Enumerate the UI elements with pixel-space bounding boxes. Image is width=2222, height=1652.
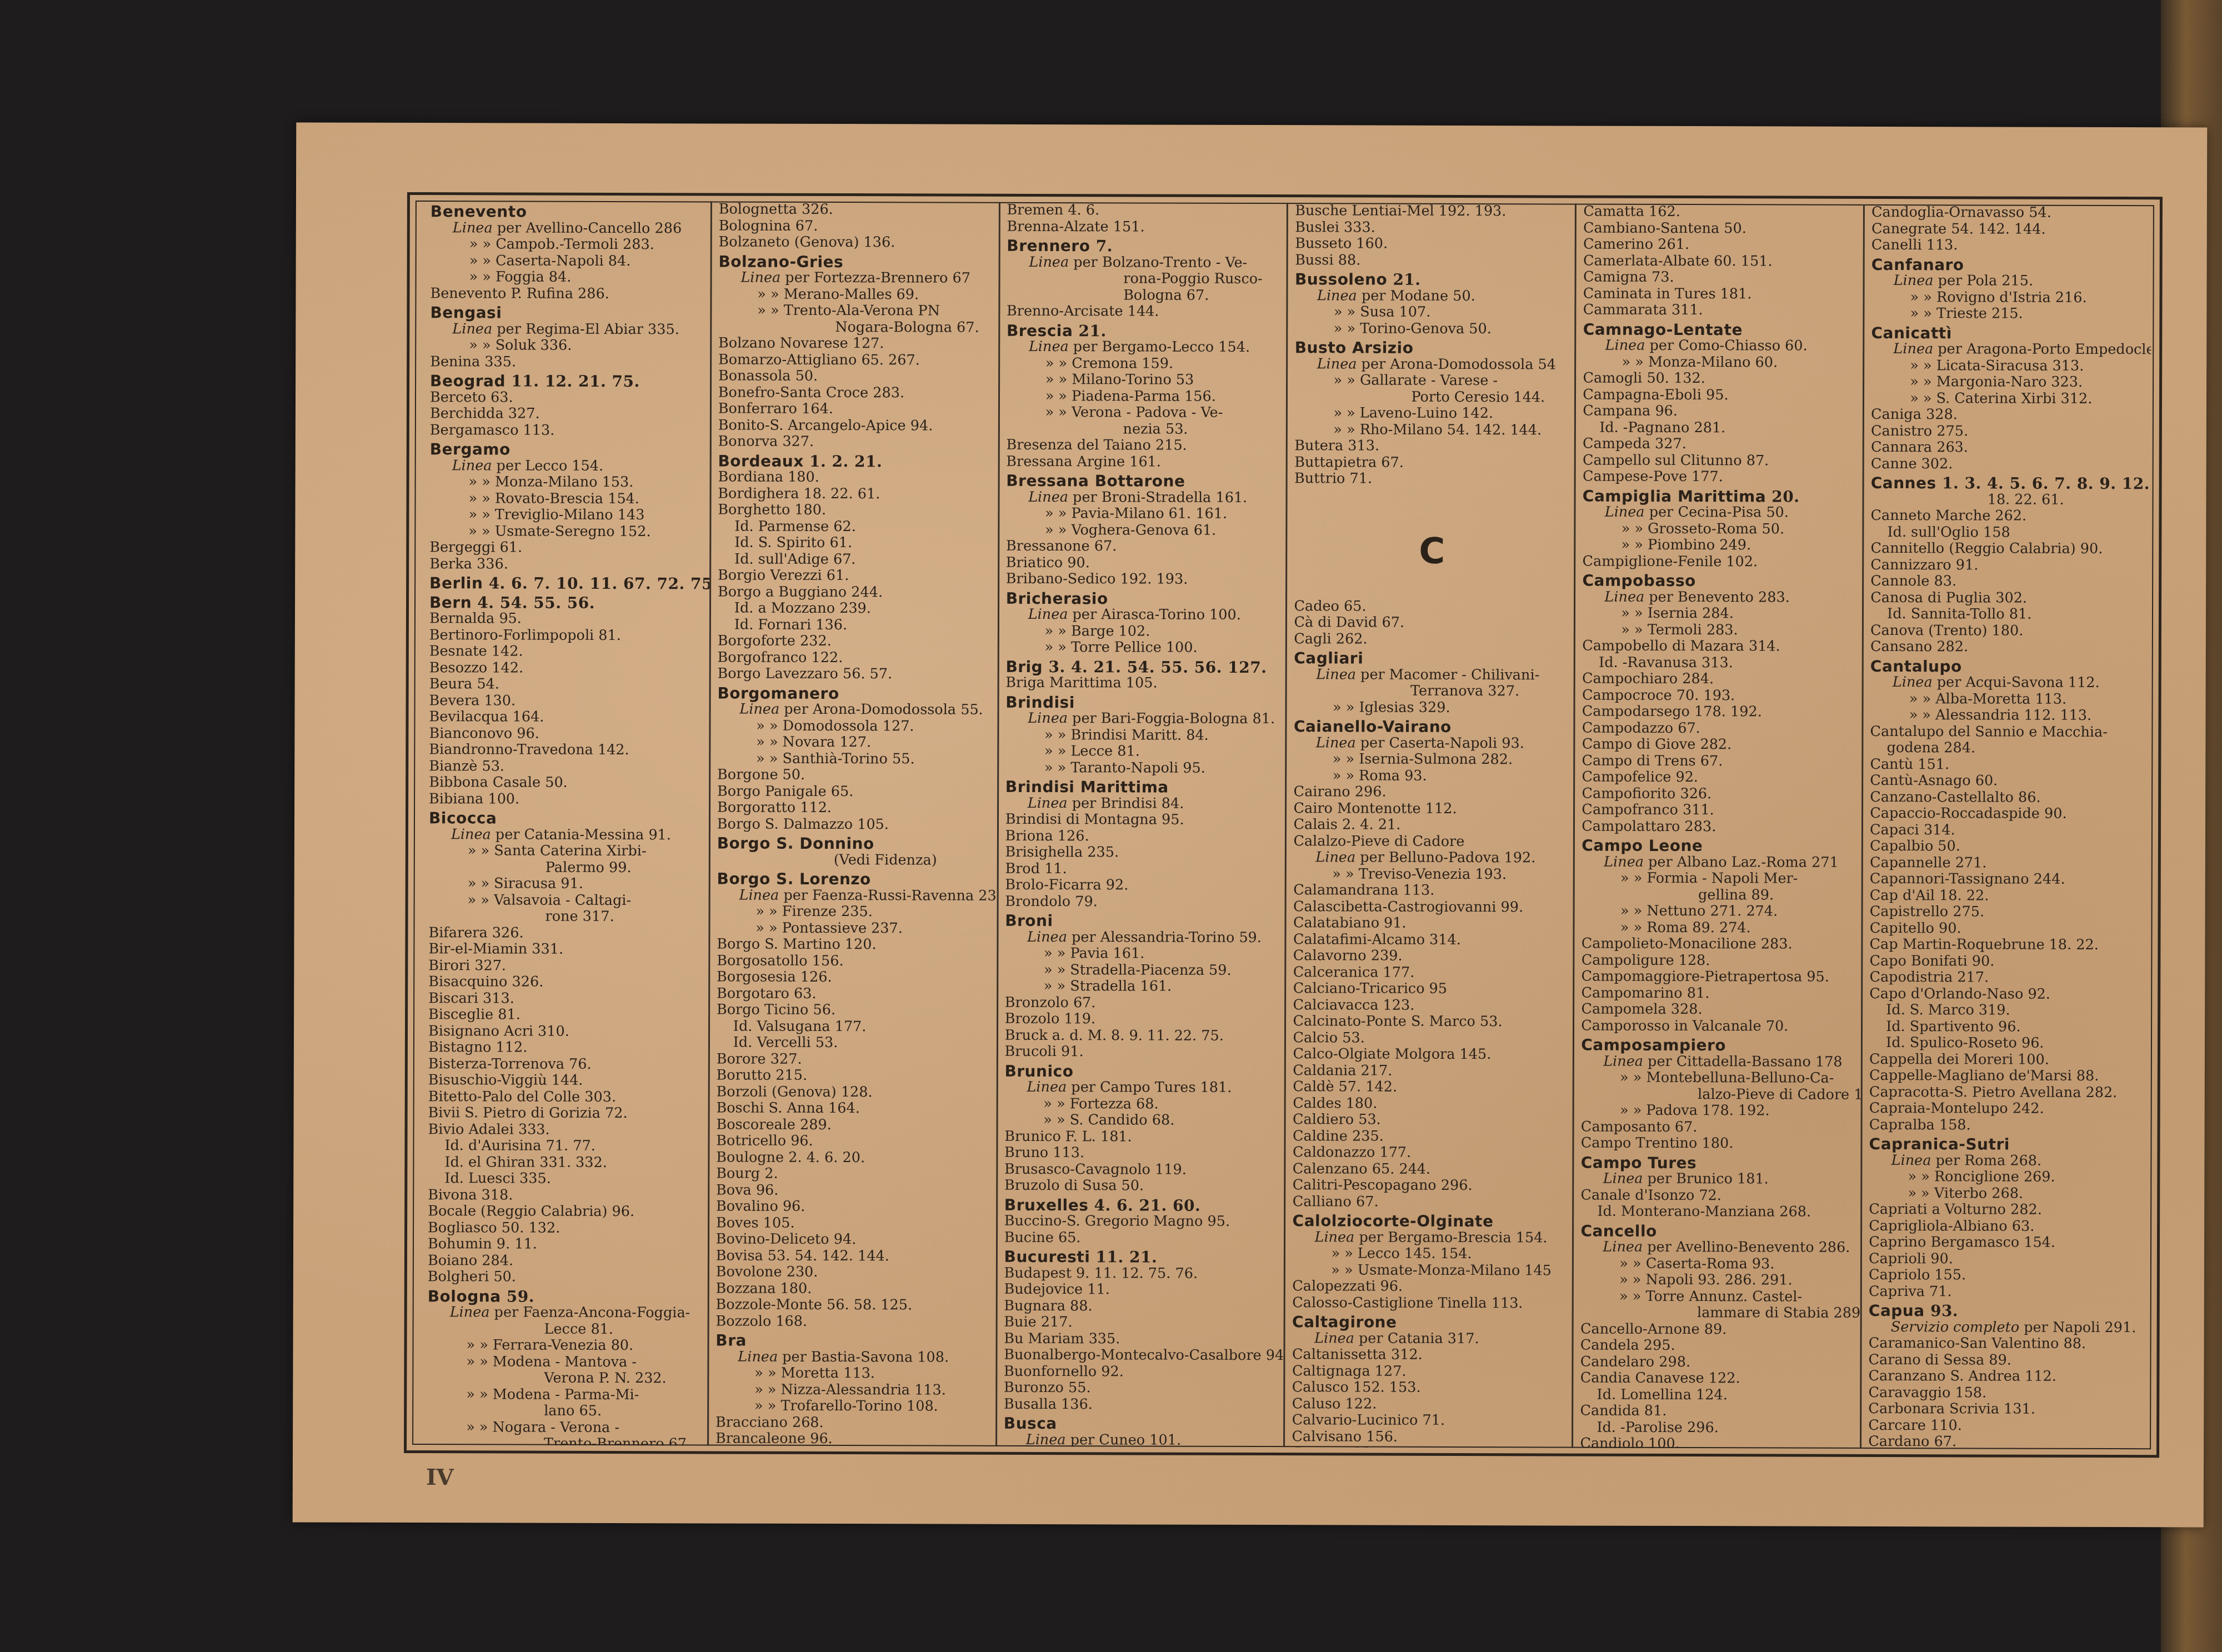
station-entry: Capo Bonifati 90. [1869, 953, 2145, 970]
station-entry: Bisuschio-Viggiù 144. [428, 1072, 704, 1089]
index-column-3: Bremen 4. 6.Brenna-Alzate 151.Brennero 7… [997, 202, 1289, 1447]
station-entry: Brindisi di Montagna 95. [1005, 812, 1281, 829]
idem-entry: Id. Spartivento 96. [1869, 1018, 2145, 1035]
station-name: Canicattì [1871, 323, 1951, 342]
station-entry: Borgo Lavezzaro 56. 57. [717, 665, 993, 683]
ditto-line-entry: » » Milano-Torino 53 [1007, 372, 1282, 389]
station-entry: Campolattaro 283. [1582, 818, 1857, 835]
station-name: Bricherasio [1006, 589, 1108, 607]
station-entry: Calcinato-Ponte S. Marco 53. [1293, 1013, 1569, 1030]
timetable-refs: 20. [1771, 487, 1799, 505]
timetable-refs: 4. 54. 55. 56. [477, 593, 595, 612]
station-entry: Campomaggiore-Pietrapertosa 95. [1582, 969, 1857, 986]
station-entry: Bribano-Sedico 192. 193. [1006, 571, 1282, 588]
station-entry: Bucine 65. [1004, 1229, 1280, 1246]
station-entry: Bocale (Reggio Calabria) 96. [428, 1203, 703, 1220]
letter-section-heading: C [1294, 532, 1570, 571]
timetable-refs: 4. 6. 7. 10. 11. 67. 72. 75. [489, 574, 712, 593]
station-entry: Campofranco 311. [1582, 802, 1857, 819]
linea-label: Linea [1603, 1239, 1643, 1255]
line-entry: Linea per Brunico 181. [1581, 1171, 1856, 1188]
station-entry: Campodarsego 178. 192. [1582, 704, 1858, 721]
station-entry: Capraia-Montelupo 242. [1869, 1100, 2145, 1118]
station-name: Bruxelles [1004, 1195, 1089, 1214]
station-entry: Calciavacca 123. [1293, 997, 1569, 1014]
station-entry: Capaci 314. [1870, 822, 2145, 839]
station-entry: Bergeggi 61. [429, 539, 705, 557]
line-destination: per Arona-Domodossola 55. [784, 701, 983, 718]
ditto-line-entry: » » Soluk 336. [430, 337, 705, 354]
station-heading: Bolzano-Gries [718, 253, 994, 271]
station-entry: Buttapietra 67. [1294, 454, 1570, 472]
station-entry: Boves 105. [716, 1215, 992, 1232]
station-entry: Borgoratto 112. [717, 799, 993, 817]
station-entry: Caluso 122. [1292, 1396, 1568, 1413]
station-entry: Brisighella 235. [1005, 844, 1280, 862]
station-entry: Campo di Trens 67. [1582, 753, 1858, 770]
station-name: Calolziocorte-Olginate [1293, 1212, 1494, 1230]
station-entry: Caminata in Tures 181. [1583, 286, 1859, 303]
station-name: Camposampiero [1581, 1036, 1726, 1055]
continuation-line: 18. 22. 61. [1871, 491, 2146, 508]
station-entry: Bolzaneto (Genova) 136. [719, 234, 994, 251]
station-heading: Cantalupo [1870, 658, 2146, 675]
station-entry: Capralba 158. [1869, 1117, 2145, 1134]
linea-label: Linea [1027, 928, 1067, 945]
station-entry: Buttrio 71. [1294, 470, 1570, 488]
linea-label: Linea [1894, 272, 1934, 289]
line-entry: Linea per Acqui-Savona 112. [1870, 674, 2146, 692]
linea-label: Linea [1314, 1330, 1354, 1346]
station-heading: Camnago-Lentate [1583, 321, 1859, 338]
station-entry: Canistro 275. [1871, 423, 2146, 440]
station-entry: Berchidda 327. [430, 406, 705, 423]
station-entry: Cannole 83. [1870, 573, 2146, 590]
ditto-line-entry: » » Barge 102. [1006, 623, 1282, 640]
station-entry: Calascibetta-Castrogiovanni 99. [1293, 899, 1569, 916]
station-entry: Campiglione-Fenile 102. [1583, 553, 1858, 570]
station-entry: Brod 11. [1005, 860, 1280, 878]
ditto-line-entry: » » Treviglio-Milano 143 [429, 507, 705, 524]
station-name: Camnago-Lentate [1583, 320, 1743, 339]
line-entry: Linea per Cuneo 101. [1004, 1431, 1279, 1447]
station-entry: Bisacquino 326. [428, 974, 704, 991]
station-entry: Canosa di Puglia 302. [1870, 589, 2146, 607]
station-entry: Bressana Argine 161. [1006, 453, 1282, 470]
timetable-refs: 1. 2. 21. [809, 452, 882, 470]
station-heading: Capranica-Sutri [1869, 1136, 2145, 1153]
ditto-line-entry: » » Susa 107. [1295, 304, 1570, 321]
station-entry: Bifarera 326. [428, 925, 704, 942]
station-entry: Canegrate 54. 142. 144. [1871, 221, 2147, 238]
station-entry: Caltanissetta 312. [1292, 1346, 1568, 1364]
line-destination: per Bergamo-Brescia 154. [1359, 1229, 1547, 1246]
ditto-line-entry: » » Torre Annunz. Castel- [1580, 1288, 1856, 1305]
station-entry: Bir-el-Miamin 331. [428, 941, 704, 958]
line-entry: Linea per Cittadella-Bassano 178 [1581, 1053, 1856, 1070]
line-destination: per Lecco 154. [497, 457, 604, 474]
ditto-line-entry: » » Siracusa 91. [429, 875, 704, 893]
station-entry: Campobello di Mazara 314. [1582, 638, 1858, 655]
station-entry: Biandronno-Travedona 142. [429, 742, 704, 759]
linea-label: Linea [1316, 734, 1356, 751]
station-entry: Bonferraro 164. [718, 401, 994, 418]
ditto-line-entry: » » Rovato-Brescia 154. [429, 490, 705, 508]
line-entry: Linea per Lecco 154. [430, 458, 705, 475]
linea-label: Linea [1028, 794, 1068, 811]
service-entry: Servizio completo per Napoli 291. [1869, 1319, 2144, 1336]
station-entry: Campoligure 128. [1582, 952, 1857, 969]
line-entry: Linea per Roma 268. [1869, 1152, 2145, 1169]
station-heading: Canicattì [1871, 324, 2146, 342]
station-entry: Campese-Pove 177. [1583, 469, 1858, 486]
continuation-line: nezia 53. [1006, 420, 1282, 438]
linea-label: Linea [450, 1304, 490, 1320]
linea-label: Linea [1027, 1079, 1067, 1095]
line-entry: Linea per Aragona-Porto Empedocle 312 [1871, 341, 2146, 358]
station-name: Bern [429, 593, 472, 612]
station-entry: Borgo S. Martino 120. [717, 936, 992, 953]
station-entry: Carano di Sessa 89. [1869, 1351, 2144, 1369]
station-name: Bicocca [429, 809, 497, 827]
station-name: Brunico [1004, 1062, 1073, 1080]
station-entry: Cannara 263. [1871, 439, 2146, 457]
line-destination: per Bergamo-Lecco 154. [1073, 338, 1250, 356]
station-entry: Budapest 9. 11. 12. 75. 76. [1004, 1265, 1280, 1282]
ditto-line-entry: » » Torre Pellice 100. [1005, 639, 1281, 657]
timetable-refs: 7. [1096, 237, 1113, 255]
line-destination: per Broni-Stradella 161. [1073, 489, 1247, 506]
line-entry: Linea per Caserta-Napoli 93. [1294, 735, 1569, 752]
line-entry: Linea per Catania 317. [1292, 1330, 1568, 1348]
station-entry: Cap d'Ail 18. 22. [1870, 887, 2145, 904]
station-entry: Bozzana 180. [716, 1280, 992, 1298]
continuation-line: lalzo-Pieve di Cadore 192. [1581, 1086, 1856, 1103]
station-heading: Bengasi [430, 304, 705, 322]
station-entry: Bisterza-Torrenova 76. [428, 1056, 704, 1073]
continuation-line: Terranova 327. [1294, 683, 1569, 700]
station-entry: Bovisa 53. 54. 142. 144. [716, 1248, 992, 1265]
station-entry: Caldonazzo 177. [1293, 1144, 1568, 1162]
idem-entry: Id. Sannita-Tollo 81. [1870, 606, 2146, 623]
station-entry: Caltignaga 127. [1292, 1363, 1568, 1380]
station-entry: Capriolo 155. [1869, 1267, 2144, 1284]
continuation-line: (Vedi Fidenza) [717, 852, 993, 869]
linea-label: Linea [1605, 337, 1645, 354]
station-entry: Buonfornello 92. [1004, 1363, 1279, 1380]
line-entry: Linea per Modane 50. [1295, 288, 1570, 305]
station-heading: Capua 93. [1869, 1303, 2144, 1320]
station-entry: Busche Lentiai-Mel 192. 193. [1295, 203, 1570, 220]
station-heading: Busca [1004, 1415, 1279, 1433]
station-entry: Borutto 215. [717, 1067, 992, 1084]
line-entry: Linea per Avellino-Cancello 286 [431, 220, 706, 237]
station-heading: Bicocca [429, 810, 704, 827]
station-entry: Capannelle 271. [1870, 854, 2145, 872]
station-entry: Brenno-Arcisate 144. [1007, 303, 1282, 321]
idem-entry: Id. sull'Adige 67. [718, 551, 993, 568]
ditto-line-entry: » » Usmate-Seregno 152. [429, 523, 705, 540]
line-destination: per Pola 215. [1938, 272, 2034, 289]
ditto-line-entry: » » Caserta-Napoli 84. [431, 253, 706, 270]
station-entry: Bronzolo 67. [1005, 994, 1280, 1012]
station-name: Campo Tures [1581, 1153, 1697, 1172]
station-entry: Butera 313. [1294, 438, 1570, 455]
station-entry: Borore 327. [717, 1051, 992, 1068]
station-heading: Broni [1005, 913, 1280, 930]
station-name: Capranica-Sutri [1869, 1135, 2010, 1154]
station-entry: Boscoreale 289. [716, 1117, 992, 1134]
index-column-6: Candoglia-Ornavasso 54.Canegrate 54. 142… [1861, 204, 2151, 1449]
linea-label: Linea [1604, 588, 1644, 605]
idem-entry: Id. S. Spirito 61. [718, 534, 993, 552]
station-entry: Bolgheri 50. [428, 1269, 703, 1286]
station-entry: Bova 96. [716, 1182, 992, 1199]
continuation-line: Palermo 99. [429, 859, 704, 877]
station-heading: Brennero 7. [1007, 238, 1282, 255]
station-entry: Canzano-Castellalto 86. [1870, 789, 2145, 806]
station-entry: Calvario-Lucinico 71. [1292, 1412, 1568, 1429]
station-heading: Borgomanero [717, 685, 993, 702]
ditto-line-entry: » » Rovigno d'Istria 216. [1871, 289, 2147, 306]
station-entry: Bianconovo 96. [429, 725, 704, 743]
line-destination: per Catania-Messina 91. [496, 826, 671, 843]
line-entry: Linea per Bergamo-Brescia 154. [1293, 1229, 1568, 1246]
line-destination: per Albano Laz.-Roma 271 [1648, 853, 1839, 870]
station-entry: Calais 2. 4. 21. [1293, 817, 1569, 834]
station-entry: Briona 126. [1005, 828, 1281, 845]
station-entry: Bovalino 96. [716, 1198, 992, 1215]
linea-label: Linea [1317, 356, 1357, 372]
ditto-line-entry: » » Novara 127. [717, 734, 993, 751]
timetable-refs: 11. 12. 21. 75. [511, 372, 640, 391]
ditto-line-entry: » » Modena - Parma-Mi- [427, 1386, 703, 1404]
station-name: Beograd [430, 372, 506, 390]
line-entry: Linea per Alessandria-Torino 59. [1005, 929, 1280, 946]
linea-label: Linea [1605, 504, 1645, 520]
station-heading: Brunico [1004, 1063, 1280, 1080]
ditto-line-entry: » » Termoli 283. [1582, 622, 1858, 639]
idem-entry: Id. sull'Oglio 158 [1870, 524, 2146, 541]
station-heading: Bern 4. 54. 55. 56. [429, 594, 705, 612]
station-entry: Cannizzaro 91. [1870, 557, 2146, 574]
ditto-line-entry: » » Alessandria 112. 113. [1870, 707, 2146, 724]
station-entry: Bianzè 53. [429, 758, 704, 775]
station-entry: Capo d'Orlando-Naso 92. [1869, 985, 2145, 1003]
ditto-line-entry: » » Padova 178. 192. [1581, 1103, 1856, 1120]
station-name: Brig [1005, 657, 1043, 675]
idem-entry: Id. el Ghiran 331. 332. [428, 1154, 703, 1172]
station-name: Brindisi Marittima [1005, 778, 1169, 797]
continuation-line: Trento-Brennero 67 [427, 1435, 703, 1445]
station-name: Borgomanero [717, 684, 839, 703]
line-destination: per Belluno-Padova 192. [1360, 849, 1535, 867]
line-destination: per Brunico 181. [1648, 1170, 1769, 1188]
ditto-line-entry: » » Fortezza 68. [1004, 1095, 1280, 1113]
station-entry: Bussi 88. [1295, 252, 1570, 269]
station-heading: Borgo S. Donnino [717, 835, 993, 852]
station-name: Bordeaux [718, 452, 803, 470]
line-entry: Linea per Bari-Foggia-Bologna 81. [1005, 710, 1281, 728]
idem-entry: Id. Lomellina 124. [1580, 1386, 1856, 1404]
station-entry: Cappella dei Moreri 100. [1869, 1051, 2145, 1068]
station-entry: Camatta 162. [1583, 204, 1859, 221]
ditto-line-entry: » » Domodossola 127. [717, 718, 993, 735]
ditto-line-entry: » » Santhià-Torino 55. [717, 750, 993, 768]
station-entry: Cantù 151. [1870, 756, 2145, 773]
station-entry: Bibiana 100. [429, 791, 704, 808]
line-entry: Linea per Albano Laz.-Roma 271 [1582, 854, 1857, 871]
station-entry: Camogli 50. 132. [1583, 371, 1858, 388]
station-heading: Campo Leone [1582, 838, 1857, 855]
station-entry: Candela 295. [1580, 1338, 1856, 1355]
station-entry: Borgo a Buggiano 244. [718, 584, 993, 601]
idem-entry: Id. -Parolise 296. [1580, 1419, 1855, 1436]
station-entry: Borgosatollo 156. [717, 953, 992, 970]
linea-label: Linea [739, 701, 779, 718]
station-entry: Bracciano 268. [715, 1414, 991, 1431]
line-destination: per Cecina-Pisa 50. [1649, 504, 1789, 521]
station-entry: Bozzolo 168. [715, 1313, 991, 1330]
station-entry: Cappelle-Magliano de'Marsi 88. [1869, 1068, 2145, 1085]
station-entry: Bremen 4. 6. [1007, 202, 1283, 219]
linea-label: Linea [1603, 1170, 1643, 1187]
idem-entry: Id. Parmense 62. [718, 518, 993, 535]
linea-label: Linea [1028, 710, 1068, 727]
station-entry: Bevera 130. [429, 693, 705, 710]
station-entry: Cammarata 311. [1583, 302, 1859, 319]
continuation-line: Bologna 67. [1007, 287, 1282, 304]
station-entry: Bordighera 18. 22. 61. [718, 485, 993, 503]
station-entry: Canne 302. [1871, 455, 2146, 473]
ditto-line-entry: » » Napoli 93. 286. 291. [1580, 1272, 1856, 1289]
continuation-line: lammare di Stabia 289 [1580, 1305, 1856, 1322]
station-entry: Buslei 333. [1295, 219, 1570, 237]
station-entry: Brolo-Ficarra 92. [1005, 877, 1280, 894]
line-destination: per Aragona-Porto Empedocle 312 [1938, 341, 2151, 358]
station-entry: Bohumin 9. 11. [428, 1236, 703, 1253]
ditto-line-entry: » » Piadena-Parma 156. [1007, 388, 1282, 405]
station-heading: Bruxelles 4. 6. 21. 60. [1004, 1197, 1280, 1214]
station-heading: Brindisi Marittima [1005, 779, 1281, 796]
station-entry: Calosso-Castiglione Tinella 113. [1292, 1295, 1568, 1312]
station-entry: Buie 217. [1004, 1314, 1279, 1331]
line-destination: per Airasca-Torino 100. [1073, 606, 1241, 623]
ditto-line-entry: » » Stradella 161. [1005, 978, 1280, 995]
station-entry: Bolognina 67. [719, 218, 994, 235]
line-destination: per Bastia-Savona 108. [782, 1348, 949, 1365]
servizio-label: Servizio completo [1891, 1319, 2019, 1336]
station-entry: Bressanone 67. [1006, 538, 1282, 555]
line-destination: per Catania 317. [1359, 1330, 1479, 1347]
station-entry: Bruck a. d. M. 8. 9. 11. 22. 75. [1005, 1027, 1280, 1044]
station-entry: Calcio 53. [1293, 1030, 1568, 1047]
station-entry: Cantalupo del Sannio e Macchia- [1870, 723, 2146, 740]
ditto-line-entry: » » Piombino 249. [1583, 537, 1858, 554]
timetable-refs: 3. 4. 21. 54. 55. 56. 127. [1048, 658, 1267, 677]
station-entry: Budejovice 11. [1004, 1281, 1279, 1299]
station-entry: Brunico F. L. 181. [1004, 1128, 1280, 1145]
station-entry: Cà di David 67. [1294, 614, 1569, 632]
ditto-line-entry: » » S. Caterina Xirbi 312. [1871, 390, 2146, 407]
station-entry: Calatabiano 91. [1293, 915, 1569, 932]
station-entry: Caranzano S. Andrea 112. [1869, 1368, 2144, 1385]
station-entry: Borgo S. Dalmazzo 105. [717, 816, 993, 833]
station-entry: Bivona 318. [428, 1187, 703, 1204]
station-name: Brescia [1007, 321, 1073, 339]
station-name: Capua [1869, 1301, 1925, 1320]
station-heading: Campobasso [1582, 573, 1858, 590]
line-entry: Linea per Campo Tures 181. [1004, 1079, 1280, 1097]
station-entry: Bourg 2. [716, 1165, 992, 1183]
line-destination: per Campo Tures 181. [1071, 1079, 1232, 1096]
station-entry: Buccino-S. Gregorio Magno 95. [1004, 1213, 1280, 1230]
station-heading: Bussoleno 21. [1295, 271, 1570, 288]
station-entry: Bovino-Deliceto 94. [716, 1231, 992, 1248]
station-entry: Bugnara 88. [1004, 1298, 1279, 1315]
linea-label: Linea [451, 826, 491, 843]
line-entry: Linea per Pola 215. [1871, 273, 2147, 290]
ditto-line-entry: » » Ferrara-Venezia 80. [428, 1337, 703, 1354]
idem-entry: Id. S. Marco 319. [1869, 1002, 2145, 1019]
station-name: Campo Leone [1582, 837, 1703, 855]
station-entry: Calitri-Pescopagano 296. [1293, 1177, 1568, 1194]
line-entry: Linea per Regima-El Abiar 335. [430, 321, 705, 338]
idem-entry: Id. -Ravanusa 313. [1582, 654, 1858, 672]
station-entry: Buonalbergo-Montecalvo-Casalbore 94 [1004, 1347, 1279, 1364]
line-destination: per Macomer - Chilivani- [1360, 666, 1539, 683]
station-entry: Borzoli (Genova) 128. [717, 1084, 992, 1101]
line-destination: per Fortezza-Brennero 67 [785, 269, 970, 287]
station-entry: Calliano 67. [1293, 1194, 1568, 1211]
station-index-columns: BeneventoLinea per Avellino-Cancello 286… [421, 201, 2151, 1449]
idem-entry: Id. d'Aurisina 71. 77. [428, 1138, 703, 1155]
station-entry: Borgo Ticino 56. [717, 1002, 992, 1019]
station-entry: Calceranica 177. [1293, 964, 1569, 982]
idem-entry: godena 284. [1870, 740, 2145, 757]
ditto-line-entry: » » Isernia 284. [1582, 605, 1858, 623]
station-name: Bussoleno [1295, 270, 1387, 288]
line-destination: per Acqui-Savona 112. [1937, 674, 2100, 691]
station-name: Broni [1005, 912, 1053, 930]
ditto-line-entry: » » Verona - Padova - Ve- [1007, 404, 1282, 422]
station-entry: Boiano 284. [428, 1253, 703, 1270]
idem-entry: Id. -Pagnano 281. [1583, 419, 1858, 437]
station-entry: Calvisano 156. [1292, 1429, 1568, 1446]
station-entry: Bertinoro-Forlimpopoli 81. [429, 627, 705, 644]
index-column-5: Camatta 162.Cambiano-Santena 50.Camerino… [1573, 204, 1865, 1449]
station-entry: Bozzole-Monte 56. 58. 125. [716, 1296, 992, 1314]
station-entry: Campello sul Clitunno 87. [1583, 452, 1858, 469]
line-entry: Linea per Avellino-Benevento 286. [1580, 1239, 1856, 1256]
station-entry: Bistagno 112. [428, 1039, 704, 1057]
station-entry: Carcare 110. [1868, 1417, 2144, 1434]
timetable-refs: 21. [1393, 271, 1420, 289]
station-entry: Bomarzo-Attigliano 65. 267. [718, 352, 994, 369]
station-entry: Canelli 113. [1871, 237, 2147, 254]
ditto-line-entry: » » Iglesias 329. [1294, 699, 1569, 717]
linea-label: Linea [1315, 849, 1355, 865]
station-entry: Bu Mariam 335. [1004, 1330, 1279, 1348]
linea-label: Linea [1028, 488, 1068, 505]
station-entry: Cairo Montenotte 112. [1294, 800, 1569, 818]
station-entry: Capriati a Volturno 282. [1869, 1202, 2144, 1219]
ditto-line-entry: » » Taranto-Napoli 95. [1005, 759, 1281, 777]
ditto-line-entry: » » Monza-Milano 60. [1583, 354, 1858, 371]
ditto-line-entry: » » Treviso-Venezia 193. [1293, 866, 1569, 883]
line-destination: per Como-Chiasso 60. [1649, 337, 1807, 354]
station-entry: Bonefro-Santa Croce 283. [718, 384, 994, 402]
